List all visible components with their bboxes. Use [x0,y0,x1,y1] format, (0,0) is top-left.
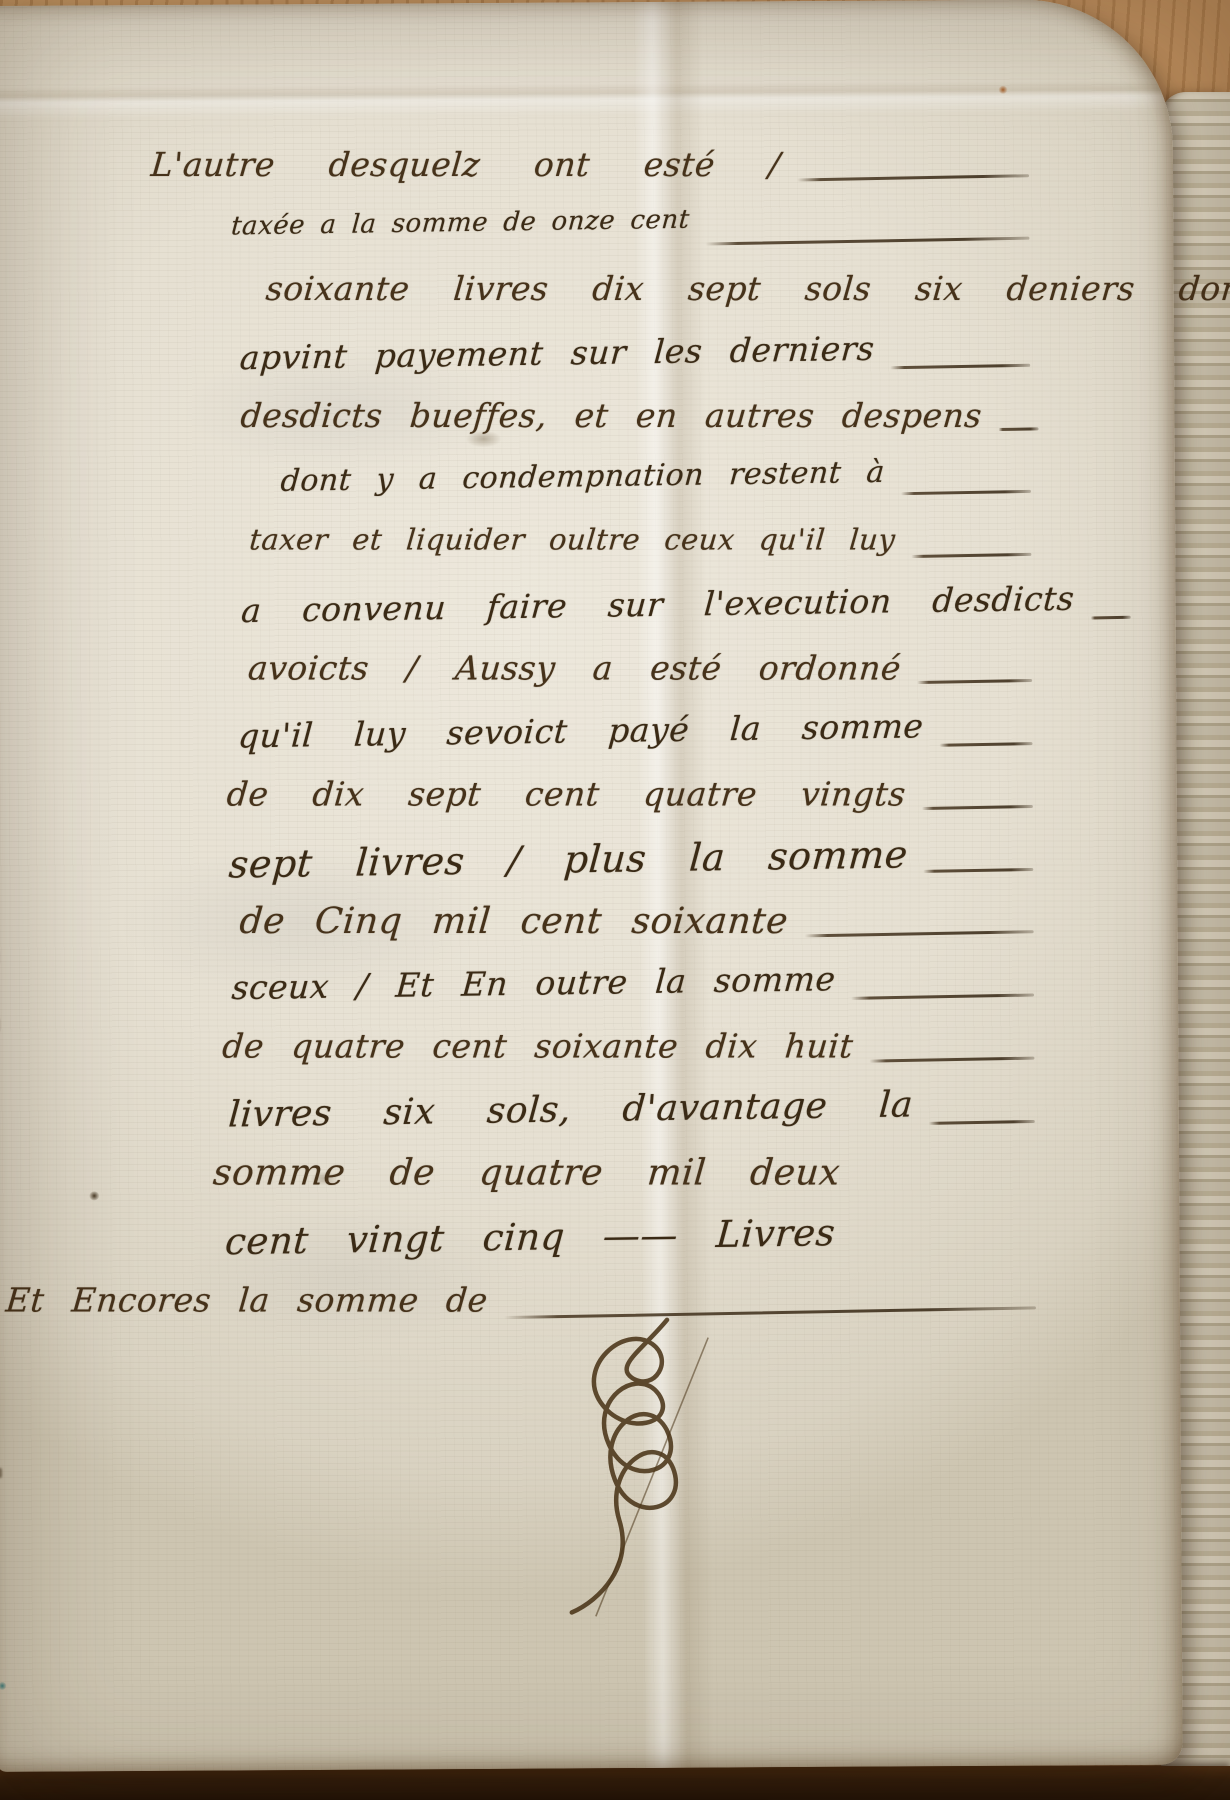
handwritten-line: taxer et liquider oultre ceux qu'il luy [1,519,1055,588]
rust-speck-stain [999,86,1008,94]
handwritten-line-text: sceux / Et En outre la somme [230,959,837,1007]
handwritten-line-text: a convenu faire sur l'execution desdicts [240,579,1076,630]
line-filler-stroke [890,364,1030,370]
handwritten-line-text: qu'il luy sevoict payé la somme [237,706,925,755]
handwritten-line: de Cinq mil cent soixante [3,897,1057,966]
handwritten-line: dont y a condempnation restent à [1,456,1055,525]
handwritten-line-text: de dix sept cent quatre vingts [225,774,907,813]
photo-scene: L'autre desquelz ont esté / taxée a la s… [0,0,1230,1800]
handwritten-line: sceux / Et En outre la somme [4,960,1058,1029]
handwritten-line-text: somme de quatre mil deux [212,1153,842,1194]
handwritten-line-text: apvint payement sur les derniers [239,329,876,377]
handwritten-line-text: L'autre desquelz ont esté / [149,145,782,184]
line-filler-stroke [912,553,1032,558]
line-filler-stroke [706,237,1030,246]
handwritten-line-text: sept livres / plus la somme [227,832,909,886]
handwritten-line-text: desdicts bueffes, et en autres despens [239,396,984,435]
line-filler-stroke [901,490,1031,495]
handwritten-line: qu'il luy sevoict payé la somme [2,708,1056,777]
line-filler-stroke [917,679,1032,684]
handwritten-line-text: taxer et liquider oultre ceux qu'il luy [248,522,897,556]
handwritten-line: livres six sols, d'avantage la [5,1086,1059,1155]
handwritten-line: soixante livres dix sept sols six denier… [0,267,1054,336]
handwritten-line: apvint payement sur les derniers [0,330,1054,399]
handwritten-line: sept livres / plus la somme [3,834,1057,903]
handwritten-line-text: dont y a condempnation restent à [279,455,886,499]
handwritten-line: a convenu faire sur l'execution desdicts [2,582,1056,651]
handwritten-line-text: de quatre cent soixante dix huit [221,1027,855,1066]
notary-paraph-flourish [502,1307,764,1639]
handwritten-line: de quatre cent soixante dix huit [4,1023,1058,1092]
handwritten-line-text: taxée a la somme de onze cent [230,205,691,242]
handwritten-line: desdicts bueffes, et en autres despens [0,393,1054,462]
handwritten-line-text: soixante livres dix sept sols six denier… [264,269,1230,308]
handwritten-line: taxée a la somme de onze cent [0,204,1054,273]
line-filler-stroke [1090,616,1130,620]
line-filler-stroke [797,174,1029,181]
handwritten-line-text: cent vingt cinq —— Livres [224,1211,837,1263]
line-filler-stroke [869,1057,1034,1063]
line-filler-stroke [998,427,1038,431]
handwritten-line: cent vingt cinq —— Livres [5,1212,1059,1281]
handwritten-line-text: livres six sols, d'avantage la [227,1084,914,1135]
handwritten-line-text: avoicts / Aussy a esté ordonné [247,648,903,687]
line-filler-stroke [804,930,1033,937]
line-filler-stroke [939,742,1032,747]
manuscript-page: L'autre desquelz ont esté / taxée a la s… [0,0,1183,1772]
handwritten-line: de dix sept cent quatre vingts [3,771,1057,840]
line-filler-stroke [924,868,1034,873]
handwritten-line-text: Et Encores la somme de [4,1280,489,1319]
line-filler-stroke [929,1120,1035,1125]
desk-front-edge [0,1766,1230,1800]
handwritten-line-text: de Cinq mil cent soixante [238,901,790,942]
manuscript-text: L'autre desquelz ont esté / taxée a la s… [0,141,1060,1344]
line-filler-stroke [851,994,1034,1000]
line-filler-stroke [922,805,1033,810]
handwritten-line: L'autre desquelz ont esté / [0,141,1053,210]
handwritten-line: avoicts / Aussy a esté ordonné [2,645,1056,714]
handwritten-line: somme de quatre mil deux [5,1149,1059,1218]
